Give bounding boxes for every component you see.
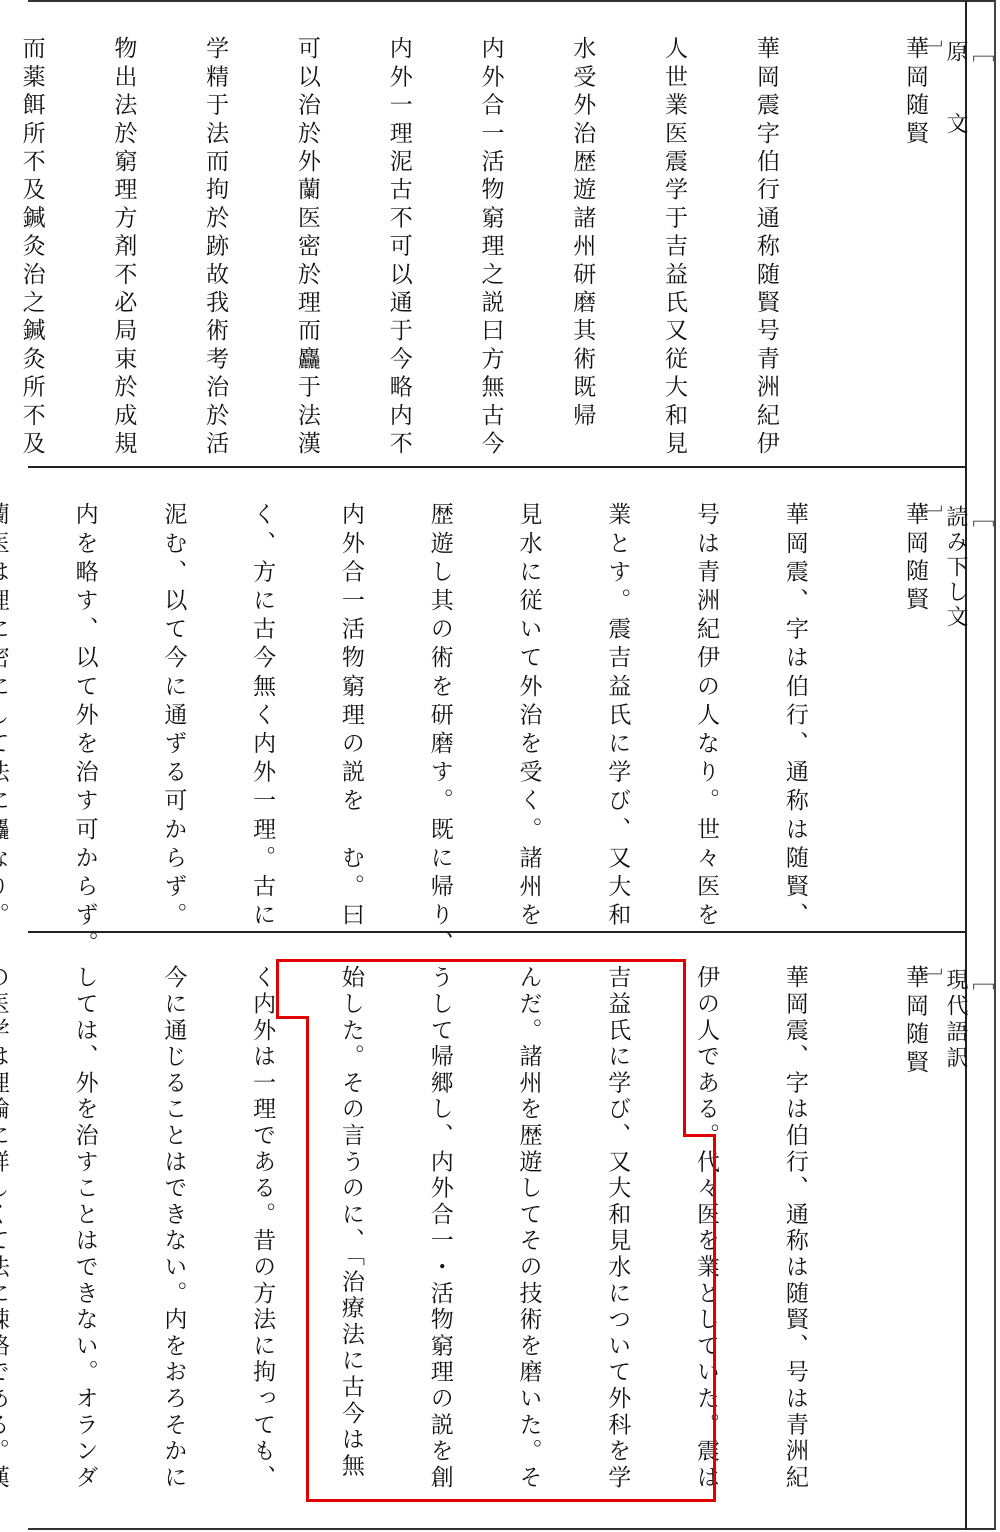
modern-text-block: 華岡震、字は伯行、通称は随賢、号は青洲紀 伊の人である。代々医を業としていた。震… — [0, 965, 868, 1517]
text-column: 学精于法而拘於跡故我術考治於活 — [200, 36, 231, 459]
text-column: 水受外治歴遊諸州研磨其術既帰𣭊 — [567, 36, 598, 459]
section-title-yomikudashi: 華岡随賢 — [900, 502, 930, 615]
section-title-modern: 華岡随賢 — [900, 965, 930, 1078]
label-bracket-open: ［ — [969, 505, 994, 531]
text-column: 蘭医は理に密にして法に麤なり。 — [0, 502, 10, 960]
label-text: 原 文 — [943, 40, 968, 148]
text-column: 業とす。震吉益氏に学び、又大和 — [602, 502, 632, 960]
text-column: んだ。諸州を歴遊してその技術を磨いた。そ — [513, 965, 543, 1517]
yomikudashi-text-block: 華岡震、字は伯行、通称は随賢、 号は青洲紀伊の人なり。世々医を 業とす。震吉益氏… — [0, 502, 868, 960]
text-column: 号は青洲紀伊の人なり。世々医を — [690, 502, 720, 960]
section-label-original: ［ 原 文 ］ — [968, 40, 994, 440]
text-column: 伊の人である。代々医を業としていた。震は — [690, 965, 720, 1517]
text-column: 今に通じることはできない。内をおろそかに — [158, 965, 188, 1517]
text-column: 内を略す、以て外を治す可からず。 — [69, 502, 99, 960]
text-column: 華岡震字伯行通称随賢号青洲紀伊 — [750, 36, 781, 459]
text-column: の医学は理論に詳しくて法に疎略である。漢 — [0, 965, 10, 1517]
original-text-block: 華岡震字伯行通称随賢号青洲紀伊 人世業医震学于吉益氏又従大和見 水受外治歴遊諸州… — [0, 36, 842, 459]
label-text: 現代語訳 — [943, 968, 968, 1072]
text-column: 内外合一活物窮理之説曰方無古今 — [475, 36, 506, 459]
text-column: 華岡震、字は伯行、通称は随賢、号は青洲紀 — [779, 965, 809, 1517]
text-column: 始した。その言うのに、「治療法に古今は無 — [335, 965, 365, 1517]
text-column: 物出法於窮理方剤不必局束於成規 — [108, 36, 139, 459]
text-column: うして帰郷し、内外合一・活物窮理の説を創 — [424, 965, 454, 1517]
text-column: 而薬餌所不及鍼灸治之鍼灸所不及 — [16, 36, 47, 459]
label-column-divider — [965, 0, 967, 1530]
label-bracket-open: ［ — [969, 968, 994, 994]
label-bracket-open: ［ — [969, 40, 994, 66]
text-column: しては、外を治すことはできない。オランダ — [69, 965, 99, 1517]
label-text: 読み下し文 — [943, 505, 968, 630]
text-column: 華岡震、字は伯行、通称は随賢、 — [779, 502, 809, 960]
text-column: 人世業医震学于吉益氏又従大和見 — [658, 36, 689, 459]
text-column: く、方に古今無く内外一理。古に — [247, 502, 277, 960]
text-column: 泥む、以て今に通ずる可からず。 — [158, 502, 188, 960]
text-column: 見水に従いて外治を受く。諸州を — [513, 502, 543, 960]
section-divider-1 — [28, 466, 966, 468]
text-column: く内外は一理である。昔の方法に拘っても、 — [247, 965, 277, 1517]
section-title-original: 華岡随賢 — [900, 36, 930, 149]
text-column: 吉益氏に学び、又大和見水について外科を学 — [602, 965, 632, 1517]
section-label-yomikudashi: ［ 読み下し文 ］ — [968, 505, 994, 925]
section-label-modern: ［ 現代語訳 ］ — [968, 968, 994, 1508]
text-column: 歴遊し其の術を研磨す。既に帰り、 — [424, 502, 454, 960]
text-column: 内外合一活物窮理の説を𣭊む。曰 — [335, 502, 365, 960]
text-column: 内外一理泥古不可以通于今略内不 — [383, 36, 414, 459]
text-column: 可以治於外蘭医密於理而麤于法漢 — [291, 36, 322, 459]
